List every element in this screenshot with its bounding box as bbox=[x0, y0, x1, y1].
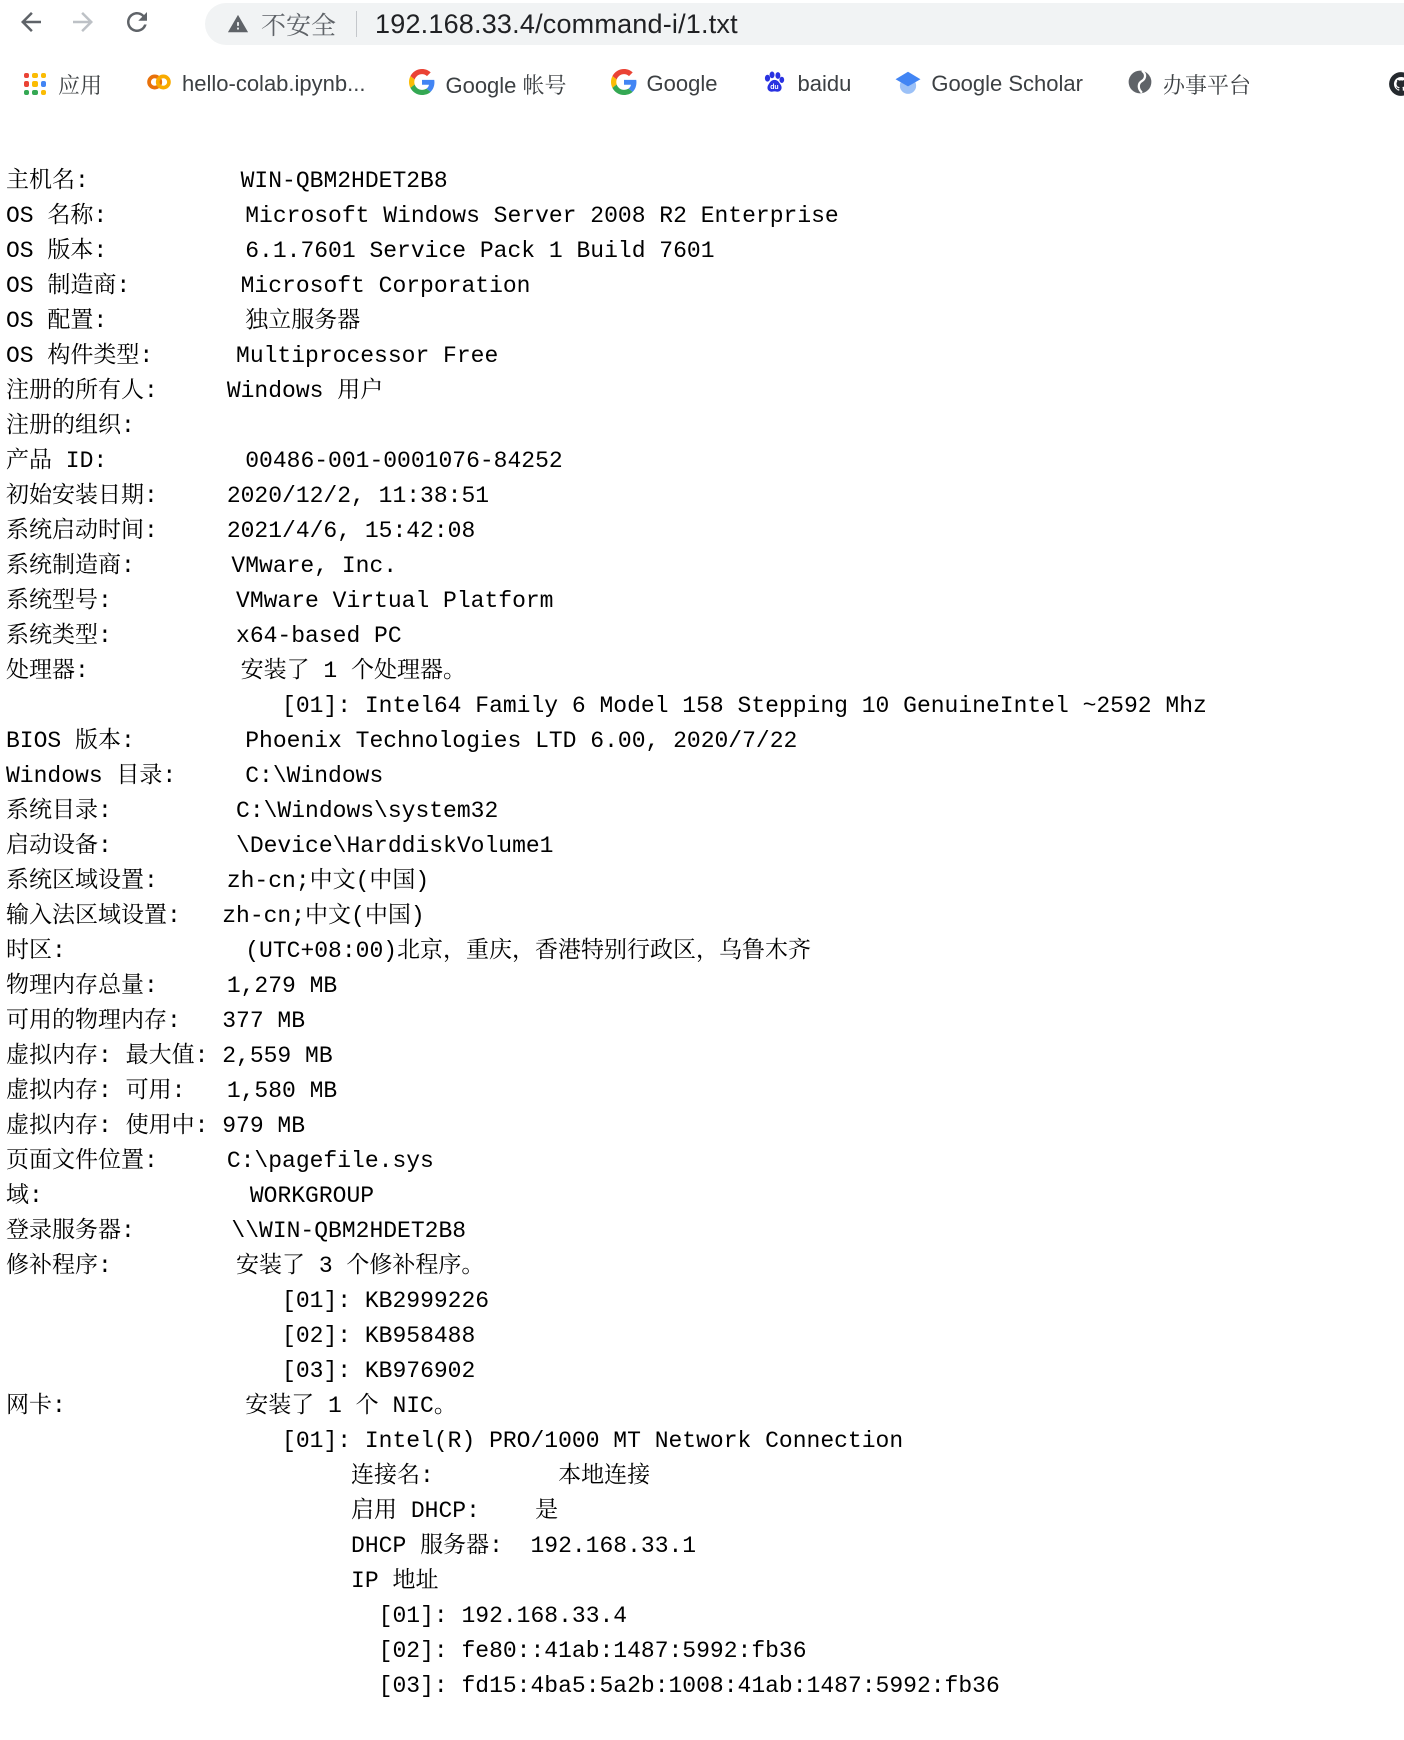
address-bar[interactable]: 不安全 192.168.33.4/command-i/1.txt bbox=[205, 3, 1404, 45]
github-icon-partial[interactable] bbox=[1388, 71, 1404, 97]
baidu-paw-icon: du bbox=[761, 69, 787, 100]
bookmark-label: Google Scholar bbox=[931, 71, 1083, 97]
back-arrow-icon bbox=[16, 7, 46, 40]
browser-toolbar: 不安全 192.168.33.4/command-i/1.txt bbox=[0, 0, 1404, 50]
bookmark-label: Google 帐号 bbox=[445, 69, 566, 100]
file-content-text: 主机名: WIN-QBM2HDET2B8 OS 名称: Microsoft Wi… bbox=[0, 118, 1404, 1704]
bookmark-label: 办事平台 bbox=[1163, 69, 1251, 100]
bookmark-hello-colab[interactable]: hello-colab.ipynb... bbox=[146, 69, 365, 100]
reload-button[interactable] bbox=[120, 6, 154, 40]
bookmark-label: 应用 bbox=[58, 69, 102, 100]
omnibox-divider bbox=[356, 11, 357, 37]
browser-chrome: 不安全 192.168.33.4/command-i/1.txt 应用 hell… bbox=[0, 0, 1404, 118]
globe-icon bbox=[1127, 69, 1153, 100]
bookmark-google-account[interactable]: Google 帐号 bbox=[409, 69, 566, 100]
forward-arrow-icon bbox=[68, 7, 98, 40]
bookmark-apps[interactable]: 应用 bbox=[22, 69, 102, 100]
google-g-icon bbox=[611, 69, 637, 100]
bookmark-baidu[interactable]: du baidu bbox=[761, 69, 851, 100]
google-g-icon bbox=[409, 69, 435, 100]
security-status-label[interactable]: 不安全 bbox=[261, 6, 336, 42]
back-button[interactable] bbox=[14, 6, 48, 40]
bookmarks-bar: 应用 hello-colab.ipynb... Google 帐号 bbox=[0, 50, 1404, 118]
bookmark-label: Google bbox=[647, 71, 718, 97]
not-secure-warning-icon[interactable] bbox=[227, 13, 249, 35]
forward-button[interactable] bbox=[66, 6, 100, 40]
bookmark-label: hello-colab.ipynb... bbox=[182, 71, 365, 97]
url-text[interactable]: 192.168.33.4/command-i/1.txt bbox=[375, 9, 738, 40]
bookmark-banshi-platform[interactable]: 办事平台 bbox=[1127, 69, 1251, 100]
bookmark-google[interactable]: Google bbox=[611, 69, 718, 100]
reload-icon bbox=[122, 7, 152, 40]
google-scholar-icon bbox=[895, 69, 921, 100]
svg-text:du: du bbox=[771, 84, 779, 91]
bookmark-label: baidu bbox=[797, 71, 851, 97]
apps-grid-icon bbox=[22, 71, 48, 97]
bookmark-google-scholar[interactable]: Google Scholar bbox=[895, 69, 1083, 100]
colab-icon bbox=[146, 69, 172, 100]
